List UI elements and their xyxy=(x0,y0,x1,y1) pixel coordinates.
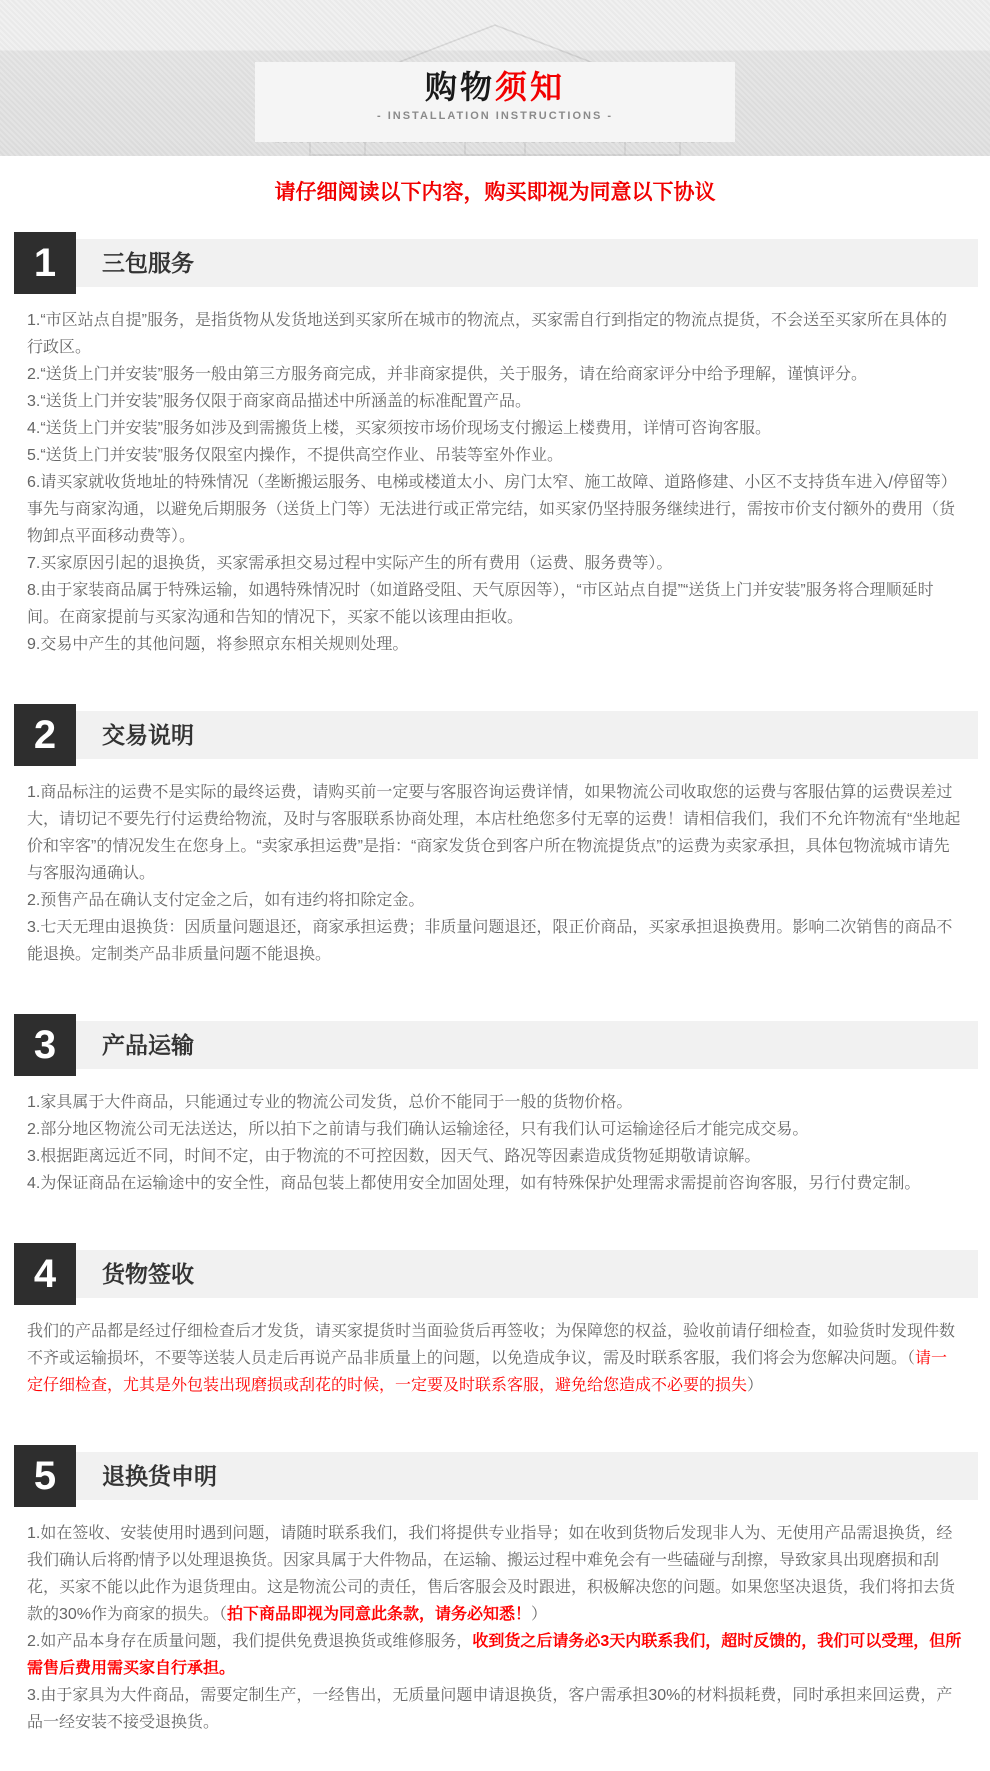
text-segment: 1.家具属于大件商品，只能通过专业的物流公司发货，总价不能同于一般的货物价格。 xyxy=(27,1094,632,1111)
text-segment: 3.“送货上门并安装”服务仅限于商家商品描述中所涵盖的标准配置产品。 xyxy=(27,393,531,410)
paragraph: 6.请买家就收货地址的特殊情况（垄断搬运服务、电梯或楼道太小、房门太窄、施工故障… xyxy=(27,469,962,550)
paragraph: 1.商品标注的运费不是实际的最终运费，请购买前一定要与客服咨询运费详情，如果物流… xyxy=(27,779,962,887)
paragraph: 4.为保证商品在运输途中的安全性，商品包装上都使用安全加固处理，如有特殊保护处理… xyxy=(27,1170,962,1197)
text-segment: 2.“送货上门并安装”服务一般由第三方服务商完成，并非商家提供，关于服务，请在给… xyxy=(27,366,867,383)
section-header: 4 货物签收 xyxy=(14,1243,978,1305)
text-segment: 2.预售产品在确认支付定金之后，如有违约将扣除定金。 xyxy=(27,892,424,909)
text-segment: 2.如产品本身存在质量问题，我们提供免费退换货或维修服务， xyxy=(27,1633,472,1650)
notice-section: 5 退换货申明 1.如在签收、安装使用时遇到问题，请随时联系我们，我们将提供专业… xyxy=(0,1445,990,1736)
text-segment: 8.由于家装商品属于特殊运输，如遇特殊情况时（如道路受阻、天气原因等），“市区站… xyxy=(27,582,934,626)
text-segment: ） xyxy=(531,1606,547,1623)
paragraph: 3.由于家具为大件商品，需要定制生产，一经售出，无质量问题申请退换货，客户需承担… xyxy=(27,1682,962,1736)
banner-panel: 购物须知 - INSTALLATION INSTRUCTIONS - xyxy=(255,62,735,142)
section-body: 1.家具属于大件商品，只能通过专业的物流公司发货，总价不能同于一般的货物价格。2… xyxy=(27,1089,962,1197)
notice-section: 2 交易说明 1.商品标注的运费不是实际的最终运费，请购买前一定要与客服咨询运费… xyxy=(0,704,990,968)
text-segment: 7.买家原因引起的退换货，买家需承担交易过程中实际产生的所有费用（运费、服务费等… xyxy=(27,555,672,572)
text-segment: ） xyxy=(747,1377,763,1394)
paragraph: 3.“送货上门并安装”服务仅限于商家商品描述中所涵盖的标准配置产品。 xyxy=(27,388,962,415)
paragraph: 1.如在签收、安装使用时遇到问题，请随时联系我们，我们将提供专业指导；如在收到货… xyxy=(27,1520,962,1628)
text-segment: 3.根据距离远近不同，时间不定，由于物流的不可控因数，因天气、路况等因素造成货物… xyxy=(27,1148,760,1165)
shopping-notice-page: 购物须知 - INSTALLATION INSTRUCTIONS - 请仔细阅读… xyxy=(0,0,990,1736)
notice-section: 1 三包服务 1.“市区站点自提”服务，是指货物从发货地送到买家所在城市的物流点… xyxy=(0,232,990,658)
text-segment: 4.为保证商品在运输途中的安全性，商品包装上都使用安全加固处理，如有特殊保护处理… xyxy=(27,1175,920,1192)
section-body: 1.如在签收、安装使用时遇到问题，请随时联系我们，我们将提供专业指导；如在收到货… xyxy=(27,1520,962,1736)
section-number: 2 xyxy=(14,704,76,766)
paragraph: 2.预售产品在确认支付定金之后，如有违约将扣除定金。 xyxy=(27,887,962,914)
paragraph: 2.“送货上门并安装”服务一般由第三方服务商完成，并非商家提供，关于服务，请在给… xyxy=(27,361,962,388)
paragraph: 1.家具属于大件商品，只能通过专业的物流公司发货，总价不能同于一般的货物价格。 xyxy=(27,1089,962,1116)
paragraph: 3.根据距离远近不同，时间不定，由于物流的不可控因数，因天气、路况等因素造成货物… xyxy=(27,1143,962,1170)
section-title: 三包服务 xyxy=(102,239,194,287)
section-number: 3 xyxy=(14,1014,76,1076)
page-title-black: 购物 xyxy=(425,69,495,105)
section-number: 4 xyxy=(14,1243,76,1305)
section-body: 1.商品标注的运费不是实际的最终运费，请购买前一定要与客服咨询运费详情，如果物流… xyxy=(27,779,962,968)
paragraph: 8.由于家装商品属于特殊运输，如遇特殊情况时（如道路受阻、天气原因等），“市区站… xyxy=(27,577,962,631)
text-segment: 1.商品标注的运费不是实际的最终运费，请购买前一定要与客服咨询运费详情，如果物流… xyxy=(27,784,960,882)
text-segment: 3.七天无理由退换货：因质量问题退还，商家承担运费；非质量问题退还，限正价商品，… xyxy=(27,919,952,963)
text-segment: 6.请买家就收货地址的特殊情况（垄断搬运服务、电梯或楼道太小、房门太窄、施工故障… xyxy=(27,474,957,545)
sections-container: 1 三包服务 1.“市区站点自提”服务，是指货物从发货地送到买家所在城市的物流点… xyxy=(0,232,990,1736)
paragraph: 1.“市区站点自提”服务，是指货物从发货地送到买家所在城市的物流点，买家需自行到… xyxy=(27,307,962,361)
paragraph: 我们的产品都是经过仔细检查后才发货，请买家提货时当面验货后再签收；为保障您的权益… xyxy=(27,1318,962,1399)
section-title: 交易说明 xyxy=(102,711,194,759)
section-header: 1 三包服务 xyxy=(14,232,978,294)
notice-section: 3 产品运输 1.家具属于大件商品，只能通过专业的物流公司发货，总价不能同于一般… xyxy=(0,1014,990,1197)
text-segment: 2.部分地区物流公司无法送达，所以拍下之前请与我们确认运输途径，只有我们认可运输… xyxy=(27,1121,808,1138)
paragraph: 2.部分地区物流公司无法送达，所以拍下之前请与我们确认运输途径，只有我们认可运输… xyxy=(27,1116,962,1143)
notice-section: 4 货物签收 我们的产品都是经过仔细检查后才发货，请买家提货时当面验货后再签收；… xyxy=(0,1243,990,1399)
text-segment: 3.由于家具为大件商品，需要定制生产，一经售出，无质量问题申请退换货，客户需承担… xyxy=(27,1687,952,1731)
section-header: 3 产品运输 xyxy=(14,1014,978,1076)
section-number: 5 xyxy=(14,1445,76,1507)
page-subtitle: - INSTALLATION INSTRUCTIONS - xyxy=(255,110,735,122)
text-segment: 9.交易中产生的其他问题，将参照京东相关规则处理。 xyxy=(27,636,408,653)
section-body: 1.“市区站点自提”服务，是指货物从发货地送到买家所在城市的物流点，买家需自行到… xyxy=(27,307,962,658)
text-segment: 我们的产品都是经过仔细检查后才发货，请买家提货时当面验货后再签收；为保障您的权益… xyxy=(27,1323,955,1367)
paragraph: 7.买家原因引起的退换货，买家需承担交易过程中实际产生的所有费用（运费、服务费等… xyxy=(27,550,962,577)
section-header: 2 交易说明 xyxy=(14,704,978,766)
paragraph: 3.七天无理由退换货：因质量问题退还，商家承担运费；非质量问题退还，限正价商品，… xyxy=(27,914,962,968)
paragraph: 2.如产品本身存在质量问题，我们提供免费退换货或维修服务，收到货之后请务必3天内… xyxy=(27,1628,962,1682)
text-segment: 拍下商品即视为同意此条款，请务必知悉！ xyxy=(227,1606,531,1623)
text-segment: 1.“市区站点自提”服务，是指货物从发货地送到买家所在城市的物流点，买家需自行到… xyxy=(27,312,947,356)
section-number: 1 xyxy=(14,232,76,294)
section-body: 我们的产品都是经过仔细检查后才发货，请买家提货时当面验货后再签收；为保障您的权益… xyxy=(27,1318,962,1399)
section-title: 货物签收 xyxy=(102,1250,194,1298)
text-segment: 4.“送货上门并安装”服务如涉及到需搬货上楼，买家须按市场价现场支付搬运上楼费用… xyxy=(27,420,771,437)
section-title: 退换货申明 xyxy=(102,1452,217,1500)
text-segment: 5.“送货上门并安装”服务仅限室内操作，不提供高空作业、吊装等室外作业。 xyxy=(27,447,563,464)
section-title: 产品运输 xyxy=(102,1021,194,1069)
page-title: 购物须知 xyxy=(255,68,735,106)
page-title-red: 须知 xyxy=(495,69,565,105)
paragraph: 5.“送货上门并安装”服务仅限室内操作，不提供高空作业、吊装等室外作业。 xyxy=(27,442,962,469)
paragraph: 9.交易中产生的其他问题，将参照京东相关规则处理。 xyxy=(27,631,962,658)
section-header: 5 退换货申明 xyxy=(14,1445,978,1507)
banner: 购物须知 - INSTALLATION INSTRUCTIONS - xyxy=(0,0,990,156)
paragraph: 4.“送货上门并安装”服务如涉及到需搬货上楼，买家须按市场价现场支付搬运上楼费用… xyxy=(27,415,962,442)
agreement-notice: 请仔细阅读以下内容，购买即视为同意以下协议 xyxy=(0,176,990,206)
